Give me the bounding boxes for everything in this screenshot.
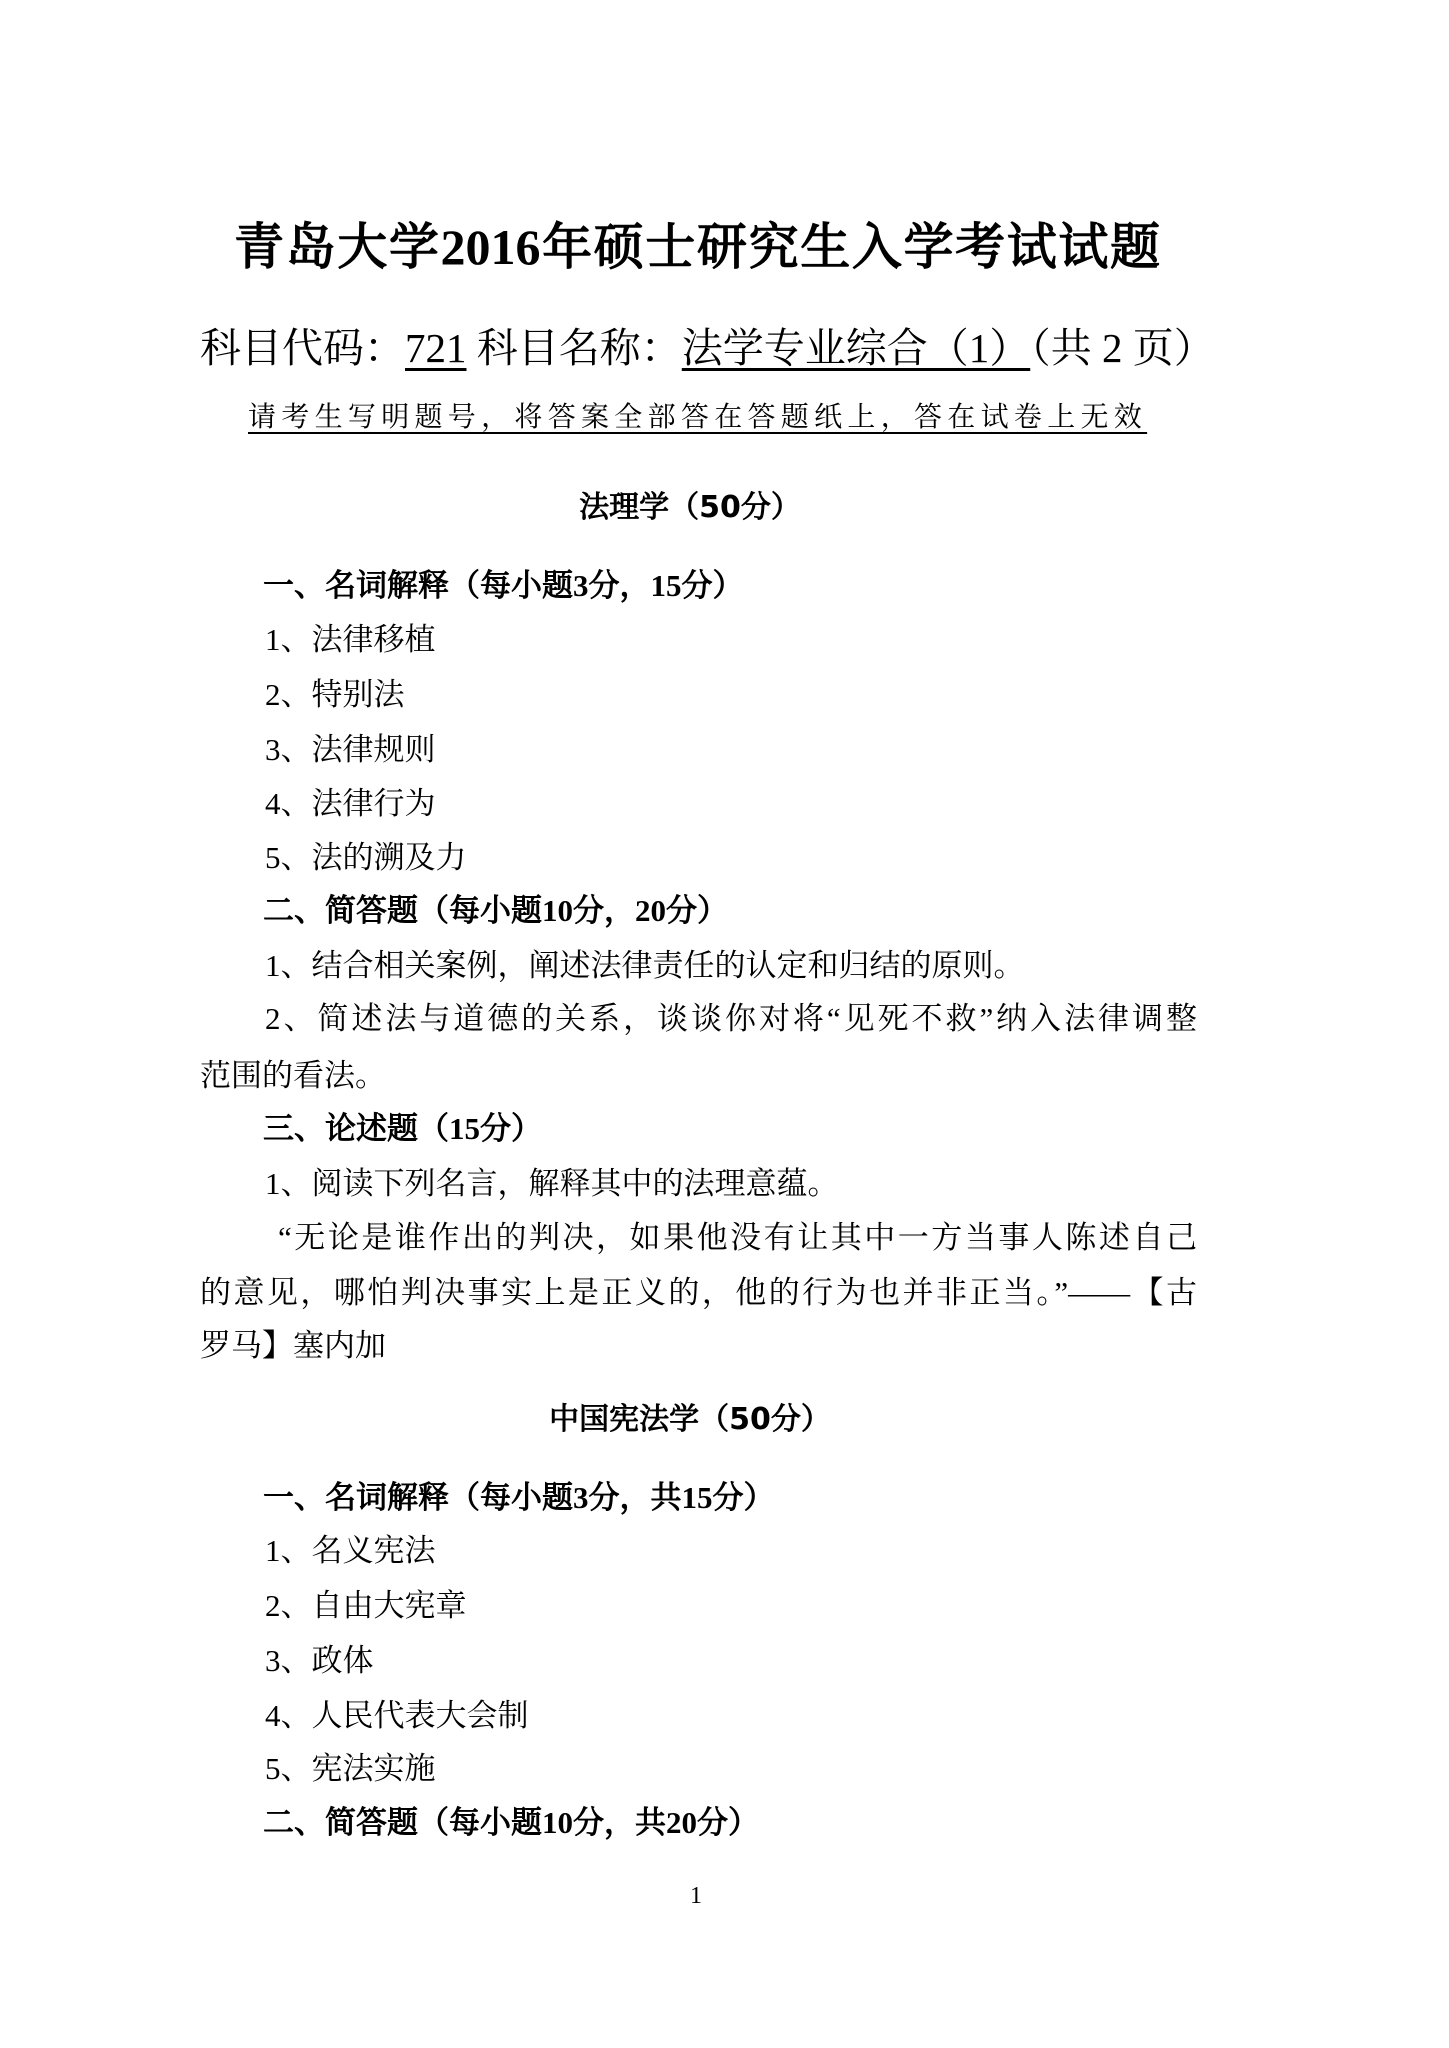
question-item: 1、法律移植 xyxy=(265,624,436,655)
part-heading: 一、名词解释（每小题3分，共15分） xyxy=(263,1482,775,1513)
part-heading: 二、简答题（每小题10分，共20分） xyxy=(263,1807,759,1838)
question-item: 5、法的溯及力 xyxy=(265,842,467,873)
part-heading: 三、论述题（15分） xyxy=(263,1113,542,1144)
question-item: 3、政体 xyxy=(265,1645,374,1676)
exam-title: 青岛大学2016年硕士研究生入学考试试题 xyxy=(234,222,1160,272)
question-item: 3、法律规则 xyxy=(265,734,436,765)
subject-code: 721 xyxy=(405,325,467,371)
quote-line: 罗马】塞内加 xyxy=(200,1330,1197,1361)
question-item: 2、特别法 xyxy=(265,679,405,710)
part-heading: 二、简答题（每小题10分，20分） xyxy=(263,895,728,926)
question-item: 1、阅读下列名言，解释其中的法理意蕴。 xyxy=(265,1168,839,1199)
quote-line: “无论是谁作出的判决，如果他没有让其中一方当事人陈述自己 xyxy=(200,1222,1197,1253)
page-count: （共 2 页） xyxy=(1030,325,1215,371)
question-item: 4、法律行为 xyxy=(265,788,436,819)
question-item: 4、人民代表大会制 xyxy=(265,1700,529,1731)
question-item: 1、名义宪法 xyxy=(265,1535,436,1566)
question-item: 2、自由大宪章 xyxy=(265,1590,467,1621)
page-number: 1 xyxy=(690,1884,702,1908)
quote-line: 的意见，哪怕判决事实上是正义的，他的行为也并非正当。”——【古 xyxy=(200,1277,1197,1308)
question-item-line: 2、简述法与道德的关系，谈谈你对将“见死不救”纳入法律调整 xyxy=(200,1003,1197,1034)
exam-notice: 请考生写明题号，将答案全部答在答题纸上，答在试卷上无效 xyxy=(248,404,1147,432)
section-title-constitutional-law: 中国宪法学（50分） xyxy=(190,1405,1190,1435)
subject-code-label: 科目代码： xyxy=(200,325,405,371)
subject-name-label: 科目名称： xyxy=(477,325,682,371)
subject-name: 法学专业综合（1） xyxy=(682,325,1031,371)
question-item: 1、结合相关案例，阐述法律责任的认定和归结的原则。 xyxy=(265,950,1025,981)
section-title-jurisprudence: 法理学（50分） xyxy=(190,493,1190,523)
subject-info-line: 科目代码：721 科目名称：法学专业综合（1）（共 2 页） xyxy=(200,328,1196,369)
part-heading: 一、名词解释（每小题3分，15分） xyxy=(263,570,744,601)
question-item-line: 范围的看法。 xyxy=(200,1060,1197,1091)
question-item: 5、宪法实施 xyxy=(265,1753,436,1784)
